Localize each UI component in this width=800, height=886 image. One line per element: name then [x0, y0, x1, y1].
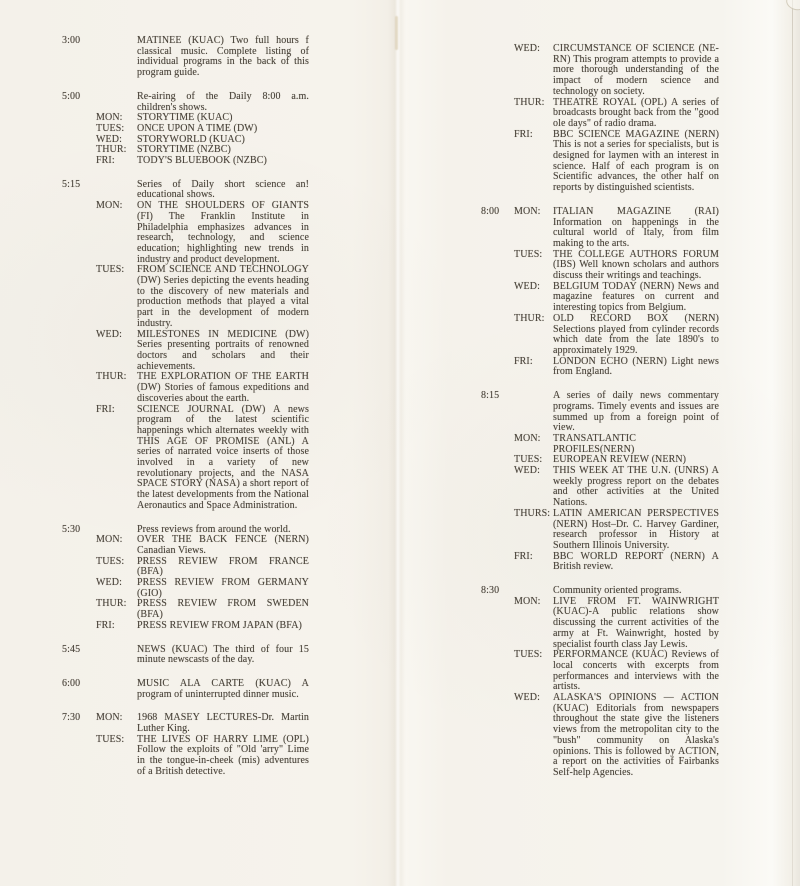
program-intro-text: NEWS (KUAC) The third of four 15 minute …	[137, 645, 309, 666]
time-label	[481, 597, 514, 651]
program-text: THIS WEEK AT THE U.N. (UNRS) A weekly pr…	[553, 466, 719, 509]
time-label	[481, 282, 514, 314]
day-label: WED:	[96, 330, 137, 373]
program-text: OVER THE BACK FENCE (NERN) Canadian View…	[137, 535, 309, 556]
program-text: BBC SCIENCE MAGAZINE (NERN) This is not …	[553, 130, 719, 194]
day-label-spacer	[96, 645, 137, 666]
program-text: SCIENCE JOURNAL (DW) A news program of t…	[137, 405, 309, 512]
day-label-spacer	[96, 180, 137, 201]
day-label: MON:	[514, 434, 553, 455]
time-label	[481, 250, 514, 282]
day-label: MON:	[96, 201, 137, 265]
program-text: LATIN AMERICAN PERSPECTIVES (NERN) Host–…	[553, 509, 719, 552]
day-label: TUES:	[514, 250, 553, 282]
program-text: LONDON ECHO (NERN) Light news from Engla…	[553, 357, 719, 378]
program-text: TODY'S BLUEBOOK (NZBC)	[137, 156, 309, 167]
day-label: MON:	[514, 207, 553, 250]
time-label	[62, 265, 96, 329]
day-label-spacer	[96, 679, 137, 700]
day-label: WED:	[514, 282, 553, 314]
time-label	[481, 466, 514, 509]
schedule-block: 5:00Re-airing of the Daily 8:00 a.m. chi…	[62, 92, 309, 167]
day-label: TUES:	[96, 735, 137, 778]
day-label: TUES:	[96, 557, 137, 578]
page-fold-mark	[395, 16, 398, 50]
program-text: PRESS REVIEW FROM FRANCE (BFA)	[137, 557, 309, 578]
time-label: 5:45	[62, 645, 96, 666]
page-fold-crease	[388, 0, 406, 886]
program-text: ITALIAN MAGAZINE (RAI) Information on ha…	[553, 207, 719, 250]
day-label: FRI:	[96, 621, 137, 632]
program-text: TRANSATLANTIC PROFILES(NERN)	[553, 434, 719, 455]
time-label: 6:00	[62, 679, 96, 700]
day-label: MON:	[96, 713, 137, 734]
program-text: FROM SCIENCE AND TECHNOLOGY (DW) Series …	[137, 265, 309, 329]
program-text: THE EXPLORATION OF THE EARTH (DW) Storie…	[137, 372, 309, 404]
time-label	[481, 130, 514, 194]
time-label	[481, 552, 514, 573]
time-label	[62, 156, 96, 167]
schedule-block: 8:15A series of daily news commentary pr…	[481, 391, 719, 573]
time-label: 7:30	[62, 713, 96, 734]
program-text: PRESS REVIEW FROM GERMANY (GIO)	[137, 578, 309, 599]
time-label	[62, 145, 96, 156]
day-label: FRI:	[96, 156, 137, 167]
time-label: 5:30	[62, 525, 96, 536]
time-label	[481, 44, 514, 98]
day-label: FRI:	[514, 357, 553, 378]
time-label	[62, 201, 96, 265]
time-label	[62, 735, 96, 778]
program-text: THEATRE ROYAL (OPL) A series of broadcas…	[553, 98, 719, 130]
time-label	[481, 693, 514, 779]
day-label: TUES:	[514, 650, 553, 693]
time-label	[481, 509, 514, 552]
time-label	[62, 621, 96, 632]
program-text: LIVE FROM FT. WAINWRIGHT (KUAC)-A public…	[553, 597, 719, 651]
page-right-edge	[792, 0, 793, 886]
time-label	[481, 98, 514, 130]
schedule-block: 8:30Community oriented programs.MON:LIVE…	[481, 586, 719, 779]
day-label: THUR:	[514, 314, 553, 357]
program-text: ON THE SHOULDERS OF GIANTS (FI) The Fran…	[137, 201, 309, 265]
schedule-column-left: 3:00MATINEE (KUAC) Two full hours f clas…	[62, 36, 309, 791]
day-label: WED:	[96, 578, 137, 599]
program-text: BBC WORLD REPORT (NERN) A British review…	[553, 552, 719, 573]
program-intro-text: MUSIC ALA CARTE (KUAC) A program of unin…	[137, 679, 309, 700]
schedule-block: 8:00MON:ITALIAN MAGAZINE (RAI) Informati…	[481, 207, 719, 378]
time-label	[62, 599, 96, 620]
schedule-block: 5:30Press reviews from around the world.…	[62, 525, 309, 632]
program-text: PRESS REVIEW FROM SWEDEN (BFA)	[137, 599, 309, 620]
program-text: THE COLLEGE AUTHORS FORUM (IBS) Well kno…	[553, 250, 719, 282]
day-label: THURS:	[514, 509, 553, 552]
scanned-page: 3:00MATINEE (KUAC) Two full hours f clas…	[0, 0, 800, 886]
time-label	[481, 434, 514, 455]
day-label: FRI:	[514, 130, 553, 194]
time-label	[62, 135, 96, 146]
day-label: TUES:	[96, 265, 137, 329]
program-text: OLD RECORD BOX (NERN) Selections played …	[553, 314, 719, 357]
day-label: WED:	[514, 693, 553, 779]
time-label	[481, 314, 514, 357]
day-label: WED:	[514, 466, 553, 509]
time-label	[481, 357, 514, 378]
time-label	[62, 405, 96, 512]
time-label	[62, 372, 96, 404]
day-label: THUR:	[96, 372, 137, 404]
day-label-spacer	[514, 391, 553, 434]
schedule-block: 6:00MUSIC ALA CARTE (KUAC) A program of …	[62, 679, 309, 700]
program-intro-text: Re-airing of the Daily 8:00 a.m. childre…	[137, 92, 309, 113]
day-label-spacer	[96, 36, 137, 79]
program-text: 1968 MASEY LECTURES-Dr. Martin Luther Ki…	[137, 713, 309, 734]
program-intro-text: A series of daily news commentary progra…	[553, 391, 719, 434]
program-text: THE LIVES OF HARRY LIME (OPL) Follow the…	[137, 735, 309, 778]
day-label: WED:	[514, 44, 553, 98]
program-text: ALASKA'S OPINIONS — ACTION (KUAC) Editor…	[553, 693, 719, 779]
time-label	[62, 578, 96, 599]
program-text: PRESS REVIEW FROM JAPAN (BFA)	[137, 621, 309, 632]
day-label: FRI:	[96, 405, 137, 512]
day-label: MON:	[96, 535, 137, 556]
time-label	[62, 330, 96, 373]
schedule-block: 5:15Series of Daily short science an! ed…	[62, 180, 309, 512]
program-text: PERFORMANCE (KUAC) Reviews of local conc…	[553, 650, 719, 693]
schedule-block: 5:45NEWS (KUAC) The third of four 15 min…	[62, 645, 309, 666]
time-label: 8:15	[481, 391, 514, 434]
time-label: 8:00	[481, 207, 514, 250]
program-intro-text: MATINEE (KUAC) Two full hours f classica…	[137, 36, 309, 79]
day-label: THUR:	[96, 599, 137, 620]
time-label: 5:15	[62, 180, 96, 201]
day-label: FRI:	[514, 552, 553, 573]
time-label	[62, 124, 96, 135]
schedule-block: 3:00MATINEE (KUAC) Two full hours f clas…	[62, 36, 309, 79]
time-label	[62, 535, 96, 556]
time-label	[481, 455, 514, 466]
day-label: THUR:	[514, 98, 553, 130]
schedule-block: WED:CIRCUMSTANCE OF SCIENCE (NE-RN) This…	[481, 44, 719, 194]
day-label-spacer	[96, 92, 137, 113]
time-label	[62, 113, 96, 124]
program-text: MILESTONES IN MEDICINE (DW) Series prese…	[137, 330, 309, 373]
time-label: 5:00	[62, 92, 96, 113]
schedule-block: 7:30MON:1968 MASEY LECTURES-Dr. Martin L…	[62, 713, 309, 777]
program-intro-text: Series of Daily short science an! educat…	[137, 180, 309, 201]
schedule-column-right: WED:CIRCUMSTANCE OF SCIENCE (NE-RN) This…	[481, 44, 719, 792]
program-text: CIRCUMSTANCE OF SCIENCE (NE-RN) This pro…	[553, 44, 719, 98]
program-text: BELGIUM TODAY (NERN) News and magazine f…	[553, 282, 719, 314]
day-label: MON:	[514, 597, 553, 651]
time-label: 8:30	[481, 586, 514, 597]
time-label	[62, 557, 96, 578]
time-label	[481, 650, 514, 693]
time-label: 3:00	[62, 36, 96, 79]
